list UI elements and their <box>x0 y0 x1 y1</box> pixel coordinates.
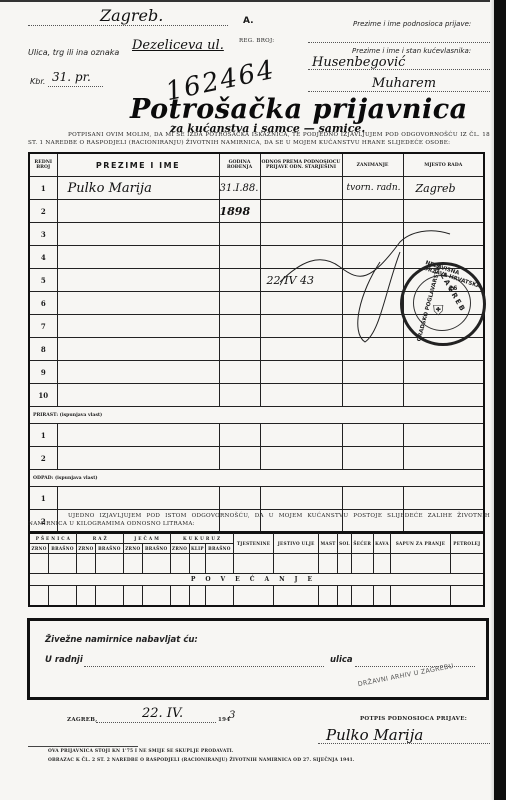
odpad-label: ODPAD: (ispunjava vlast) <box>29 470 484 487</box>
shop-line <box>84 666 324 667</box>
birth-year <box>219 292 260 315</box>
person-name <box>57 338 219 361</box>
shop-street-label: ulica <box>330 655 353 665</box>
col-header-name: PREZIME I IME <box>57 153 219 177</box>
shop-label: U radnji <box>45 655 83 665</box>
person-name <box>57 384 219 407</box>
person-name <box>57 361 219 384</box>
person-name <box>57 246 219 269</box>
person-name <box>57 292 219 315</box>
official-signature-scrawl <box>260 222 460 352</box>
city-line <box>28 25 228 26</box>
table-row: 1 <box>29 424 484 447</box>
table-row: 10 <box>29 384 484 407</box>
col-salt: SOL <box>338 532 352 554</box>
sub-cob: KLIP <box>189 544 205 554</box>
form-title: Potrošačka prijavnica <box>130 94 468 125</box>
col-petroleum: PETROLEJ <box>450 532 484 554</box>
signature-label: POTPIS PODNOSIOCA PRIJAVE: <box>360 716 467 722</box>
applicant-name-line <box>308 42 492 43</box>
col-sugar: ŠEĆER <box>351 532 373 554</box>
increase-row-label: POVEĆANJE <box>29 574 484 586</box>
supply-box: Živežne namirnice nabavljat ću: U radnji… <box>27 618 489 700</box>
table-row: 9 <box>29 361 484 384</box>
occupation <box>342 384 403 407</box>
reg-label: REG. BROJ: <box>239 38 274 44</box>
sub-grain: ZRNO <box>76 544 95 554</box>
street-label: Ulica, trg ili ina oznaka <box>28 48 119 57</box>
food-header-row-1: P Š E N I C A R A Ž J E Č A M K U K U R … <box>29 532 484 544</box>
row-number: 2 <box>29 447 57 470</box>
relation <box>260 200 342 223</box>
table-row: 1 Pulko Marija 31.I.88. tvorn. radn. Zag… <box>29 177 484 200</box>
row-number: 8 <box>29 338 57 361</box>
table-row: 2 <box>29 447 484 470</box>
row-number: 10 <box>29 384 57 407</box>
date-line <box>96 722 216 723</box>
house-number-line <box>48 86 103 87</box>
row-number: 1 <box>29 487 57 510</box>
house-number-label: Kbr. <box>30 77 45 86</box>
birth-year <box>219 361 260 384</box>
person-name <box>57 269 219 292</box>
document-page: Zagreb. A. REG. BROJ: Ulica, trg ili ina… <box>0 0 494 800</box>
landlord-line-2 <box>308 91 492 92</box>
relation <box>260 361 342 384</box>
food-stocks-table: P Š E N I C A R A Ž J E Č A M K U K U R … <box>28 531 485 607</box>
row-number: 1 <box>29 177 57 200</box>
applicant-name-label: Prezime i ime podnosioca prijave: <box>353 20 471 28</box>
declaration-text: POTPISANI OVIM MOLIM, DA MI SE IZDA POTR… <box>28 131 490 147</box>
year-suffix: 3 <box>229 710 235 721</box>
sub-grain: ZRNO <box>123 544 142 554</box>
person-name <box>57 200 219 223</box>
birth-year: 31.I.88. <box>219 177 260 200</box>
house-number-value: 31. pr. <box>52 70 91 84</box>
group-barley: J E Č A M <box>123 532 170 544</box>
col-header-birth-year: GODINA ROĐENJA <box>219 153 260 177</box>
odpad-section-row: ODPAD: (ispunjava vlast) <box>29 470 484 487</box>
person-name: Pulko Marija <box>57 177 219 200</box>
food-stocks-row <box>29 554 484 574</box>
occupation <box>342 361 403 384</box>
table-header-row: REDNI BROJ PREZIME I IME GODINA ROĐENJA … <box>29 153 484 177</box>
birth-year <box>219 223 260 246</box>
scan-edge-border <box>494 0 506 800</box>
landlord-surname: Husenbegović <box>312 55 405 70</box>
sub-flour: BRAŠNO <box>206 544 234 554</box>
col-soap: SAPUN ZA PRANJE <box>391 532 450 554</box>
landlord-firstname: Muharem <box>372 76 436 91</box>
col-header-workplace: MJESTO RADA <box>403 153 484 177</box>
workplace <box>403 384 484 407</box>
occupation: tvorn. radn. <box>342 177 403 200</box>
place-label: ZAGREB, <box>67 717 97 723</box>
applicant-signature: Pulko Marija <box>326 726 423 744</box>
sub-flour: BRAŠNO <box>49 544 77 554</box>
top-scan-edge <box>0 0 494 2</box>
stocks-declaration: UJEDNO IZJAVLJUJEM POD ISTOM ODGOVORNOŠĆ… <box>28 512 490 528</box>
sub-flour: BRAŠNO <box>142 544 170 554</box>
row-number: 1 <box>29 424 57 447</box>
birth-year: 1898 <box>219 200 260 223</box>
prirast-label: PRIRAST: (ispunjava vlast) <box>29 407 484 424</box>
workplace <box>403 200 484 223</box>
col-header-relation: ODNOS PREMA PODNOSIOCU PRIJAVE ODN. STAR… <box>260 153 342 177</box>
table-row: 2 1898 <box>29 200 484 223</box>
col-lard: MAST <box>319 532 338 554</box>
city-value: Zagreb. <box>100 6 163 25</box>
relation <box>260 384 342 407</box>
col-pasta: TJESTENINE <box>233 532 274 554</box>
birth-year <box>219 246 260 269</box>
prirast-section-row: PRIRAST: (ispunjava vlast) <box>29 407 484 424</box>
group-corn: K U K U R U Z <box>170 532 233 544</box>
date-value: 22. IV. <box>142 706 183 721</box>
section-letter: A. <box>243 16 254 26</box>
workplace <box>403 361 484 384</box>
supply-heading: Živežne namirnice nabavljat ću: <box>45 635 198 645</box>
table-row: 1 <box>29 487 484 510</box>
birth-year <box>219 384 260 407</box>
person-name <box>57 315 219 338</box>
landlord-label: Prezime i ime i stan kućevlasnika: <box>352 47 471 55</box>
price-note: OVA PRIJAVNICA STOJI KN 1'75 I NE SMIJE … <box>48 749 234 754</box>
relation <box>260 177 342 200</box>
row-number: 7 <box>29 315 57 338</box>
birth-year <box>219 269 260 292</box>
row-number: 4 <box>29 246 57 269</box>
row-number: 6 <box>29 292 57 315</box>
food-increase-row <box>29 586 484 607</box>
street-value: Dezeliceva ul. <box>132 38 224 53</box>
birth-year <box>219 315 260 338</box>
shop-street-line <box>355 666 475 667</box>
birth-year <box>219 338 260 361</box>
group-rye: R A Ž <box>76 532 123 544</box>
col-header-no: REDNI BROJ <box>29 153 57 177</box>
sub-flour: BRAŠNO <box>96 544 124 554</box>
sub-grain: ZRNO <box>170 544 189 554</box>
person-name <box>57 223 219 246</box>
occupation <box>342 200 403 223</box>
row-number: 5 <box>29 269 57 292</box>
footnote-divider <box>28 746 138 747</box>
workplace: Zagreb <box>403 177 484 200</box>
row-number: 2 <box>29 200 57 223</box>
col-coffee: KAVA <box>373 532 390 554</box>
form-reference-note: OBRAZAC K ČL. 2 ST. 2 NAREDBE O RASPODJE… <box>48 758 355 763</box>
sub-grain: ZRNO <box>29 544 49 554</box>
col-edible-oil: JESTIVO ULJE <box>274 532 319 554</box>
row-number: 9 <box>29 361 57 384</box>
increase-label: POVEĆANJE <box>29 574 484 586</box>
row-number: 3 <box>29 223 57 246</box>
group-wheat: P Š E N I C A <box>29 532 76 544</box>
col-header-occupation: ZANIMANJE <box>342 153 403 177</box>
